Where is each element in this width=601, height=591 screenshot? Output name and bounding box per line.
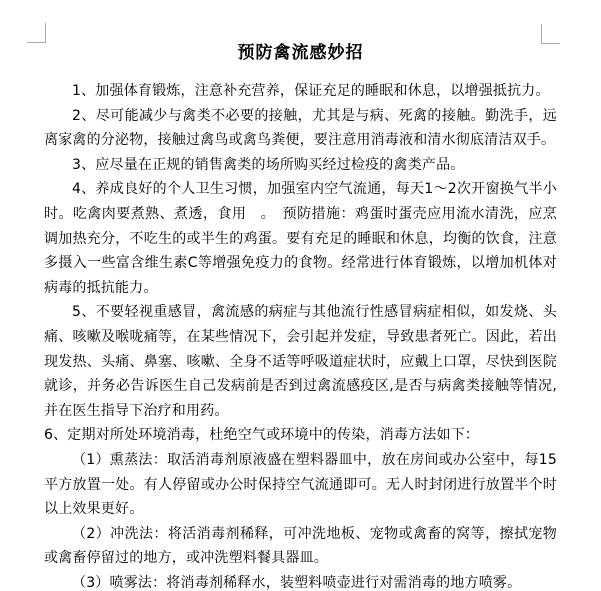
paragraph-6: 6、定期对所处环境消毒，杜绝空气或环境中的传染，消毒方法如下： xyxy=(44,423,557,448)
page-title: 预防禽流感妙招 xyxy=(44,40,557,66)
paragraph-method-rinsing: （2）冲洗法：将活消毒剂稀释，可冲洗地板、宠物或禽畜的窝等，擦拭宠物或禽畜停留过… xyxy=(44,522,557,571)
document-page: 预防禽流感妙招 1、加强体育锻炼，注意补充营养，保证充足的睡眠和休息，以增强抵抗… xyxy=(0,0,601,591)
document-content: 预防禽流感妙招 1、加强体育锻炼，注意补充营养，保证充足的睡眠和休息，以增强抵抗… xyxy=(44,40,557,591)
paragraph-3: 3、应尽量在正规的销售禽类的场所购买经过检疫的禽类产品。 xyxy=(44,153,557,178)
document-body: 1、加强体育锻炼，注意补充营养，保证充足的睡眠和休息，以增强抵抗力。 2、尽可能… xyxy=(44,79,557,591)
paragraph-method-spraying: （3）喷雾法：将消毒剂稀释水，装塑料喷壶进行对需消毒的地方喷雾。 xyxy=(44,571,557,591)
paragraph-2: 2、尽可能减少与禽类不必要的接触，尤其是与病、死禽的接触。勤洗手，远离家禽的分泌… xyxy=(44,104,557,153)
paragraph-4: 4、养成良好的个人卫生习惯，加强室内空气流通，每天1～2次开窗换气半小时。吃禽肉… xyxy=(44,177,557,300)
paragraph-5: 5、不要轻视重感冒，禽流感的病症与其他流行性感冒病症相似，如发烧、头痛、咳嗽及喉… xyxy=(44,300,557,423)
paragraph-1: 1、加强体育锻炼，注意补充营养，保证充足的睡眠和休息，以增强抵抗力。 xyxy=(44,79,557,104)
paragraph-method-fumigation: （1）熏蒸法：取活消毒剂原液盛在塑料器皿中，放在房间或办公室中，每15平方放置一… xyxy=(44,448,557,522)
